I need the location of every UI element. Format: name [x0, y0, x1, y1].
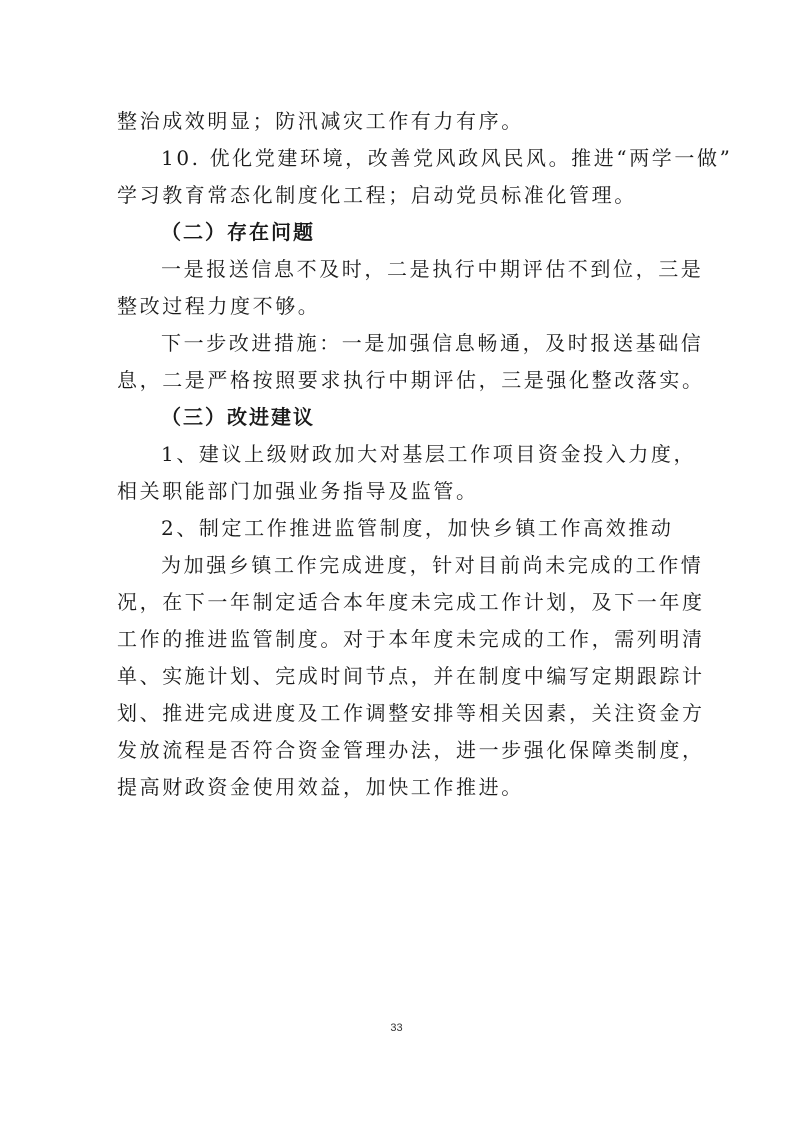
document-page: 整治成效明显；防汛减灾工作有力有序。 10. 优化党建环境，改善党风政风民风。推…: [117, 103, 680, 806]
paragraph-line: 划、推进完成进度及工作调整安排等相关因素，关注资金方: [117, 695, 680, 732]
section-heading-problems: （二）存在问题: [117, 214, 680, 251]
paragraph-line: 发放流程是否符合资金管理办法，进一步强化保障类制度，: [117, 732, 680, 769]
paragraph-line: 提高财政资金使用效益，加快工作推进。: [117, 769, 680, 806]
paragraph-line: 10. 优化党建环境，改善党风政风民风。推进“两学一做”: [117, 140, 680, 177]
paragraph-line: 为加强乡镇工作完成进度，针对目前尚未完成的工作情: [117, 547, 680, 584]
paragraph-line: 整治成效明显；防汛减灾工作有力有序。: [117, 103, 680, 140]
paragraph-line: 相关职能部门加强业务指导及监管。: [117, 473, 680, 510]
page-number: 33: [0, 1022, 793, 1034]
paragraph-line: 2、制定工作推进监管制度，加快乡镇工作高效推动: [117, 510, 680, 547]
paragraph-line: 整改过程力度不够。: [117, 288, 680, 325]
paragraph-line: 况，在下一年制定适合本年度未完成工作计划，及下一年度: [117, 584, 680, 621]
paragraph-line: 工作的推进监管制度。对于本年度未完成的工作，需列明清: [117, 621, 680, 658]
paragraph-line: 一是报送信息不及时，二是执行中期评估不到位，三是: [117, 251, 680, 288]
section-heading-suggestions: （三）改进建议: [117, 399, 680, 436]
paragraph-line: 下一步改进措施：一是加强信息畅通，及时报送基础信: [117, 325, 680, 362]
paragraph-line: 学习教育常态化制度化工程；启动党员标准化管理。: [117, 177, 680, 214]
paragraph-line: 息，二是严格按照要求执行中期评估，三是强化整改落实。: [117, 362, 680, 399]
paragraph-line: 单、实施计划、完成时间节点，并在制度中编写定期跟踪计: [117, 658, 680, 695]
paragraph-line: 1、建议上级财政加大对基层工作项目资金投入力度，: [117, 436, 680, 473]
